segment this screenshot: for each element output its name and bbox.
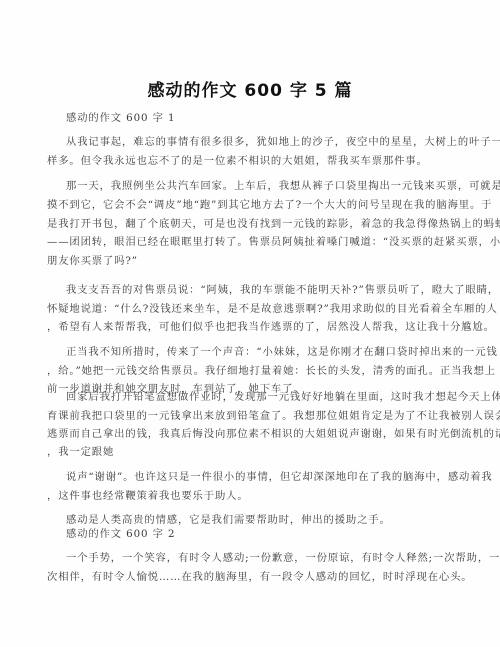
- section-heading-2: 感动的作文 600 字 2: [66, 528, 176, 540]
- paragraph-line: ，希望有人来帮帮我，可他们似乎也把我当作逃票的了，居然没人帮我，这让我十分尴尬。: [47, 321, 495, 333]
- paragraph-line: 次相伴，有时令人愉悦……在我的脑海里，有一段令人感动的回忆，时时浮现在心头。: [47, 571, 472, 583]
- paragraph-line: ，给。”她把一元钱交给售票员。我仔细地打量着她：长长的头发，清秀的面孔。正当我想…: [47, 365, 496, 377]
- paragraph-line: 一个手势，一个笑容，有时令人感动;一份歉意，一份原谅，有时令人释然;一次帮助，一: [66, 552, 500, 564]
- paragraph-line: 怀疑地说道：“什么?没钱还来坐车，是不是故意逃票啊?”我用求助似的目光看着全车厢…: [47, 303, 498, 315]
- paragraph-line: 我支支吾吾的对售票员说：“阿姨，我的车票能不能明天补?”售票员听了，瞪大了眼睛，: [66, 284, 499, 296]
- paragraph-line: 回家后我打开铅笔盒想做作业时，发现那一元钱好好地躺在里面，这时我才想起今天上体: [66, 391, 500, 403]
- paragraph-line: 样多。但令我永远也忘不了的是一位素不相识的大姐姐，帮我买车票那件事。: [47, 155, 428, 167]
- paragraph-line: 育课前我把口袋里的一元钱拿出来放到铅笔盒了。我想那位姐姐肯定是为了不让我被别人误…: [47, 410, 500, 422]
- paragraph-line: 摸不到它，它会不会“调皮”地“跑”到其它地方去了?一个大大的问号呈现在我的脑海里…: [47, 199, 492, 211]
- paragraph-line: ，这件事也经常鞭策着我也要乐于助人。: [47, 490, 249, 502]
- document-page: 感动的作文 600 字 5 篇 感动的作文 600 字 1 从我记事起，难忘的事…: [0, 0, 500, 647]
- paragraph-line: 正当我不知所措时，传来了一个声音：“小妹妹，这是你刚才在翻口袋时掉出来的一元钱: [66, 346, 498, 358]
- document-title: 感动的作文 600 字 5 篇: [0, 76, 500, 101]
- section-heading-1: 感动的作文 600 字 1: [66, 112, 176, 124]
- paragraph-line: 从我记事起，难忘的事情有很多很多，犹如地上的沙子，夜空中的星星，大树上的叶子一: [66, 136, 500, 148]
- paragraph-line: 逃票而自己拿出的钱，我真后悔没向那位素不相识的大姐姐说声谢谢，如果有时光倒流机的…: [47, 428, 500, 440]
- paragraph-line: 感动是人类高贵的情感，它是我们需要帮助时，伸出的援助之手。: [66, 514, 391, 526]
- paragraph-line: ——团团转，眼泪已经在眼眶里打转了。售票员阿姨扯着嗓门喊道：“没买票的赶紧买票，…: [47, 236, 500, 248]
- paragraph-line: 是我打开书包，翻了个底朝天，可是也没有找到一元钱的踪影，着急的我急得像热锅上的蚂…: [47, 218, 500, 230]
- paragraph-line: 说声“谢谢”。也许这只是一件很小的事情，但它却深深地印在了我的脑海中，感动着我: [66, 471, 493, 483]
- paragraph-line: 那一天，我照例坐公共汽车回家。上车后，我想从裤子口袋里掏出一元钱来买票，可就是: [66, 180, 500, 192]
- paragraph-line: 朋友你买票了吗?”: [47, 255, 138, 267]
- paragraph-line: ，我一定跟她: [47, 446, 114, 458]
